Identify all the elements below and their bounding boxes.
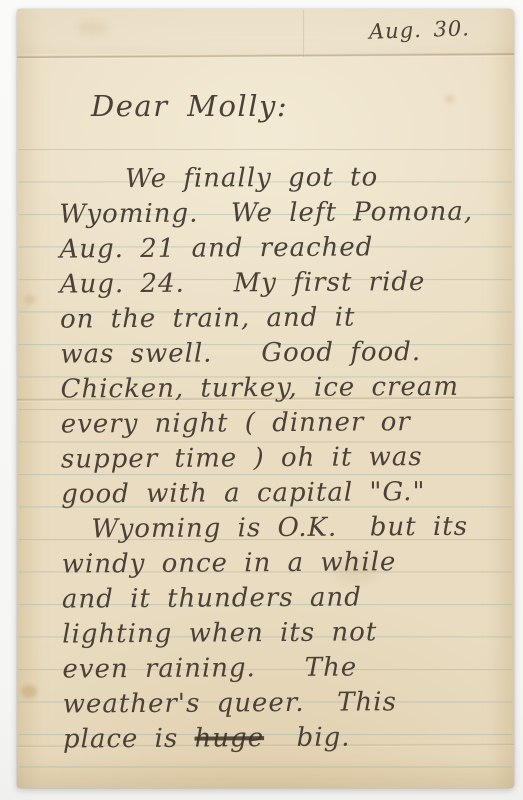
letter-salutation: Dear Molly: (91, 89, 288, 123)
letter-paper: Aug. 30. Dear Molly: We finally got to W… (17, 9, 514, 788)
letter-text-segment: place is (63, 724, 195, 755)
letter-body: We finally got to Wyoming. We left Pomon… (59, 159, 510, 757)
letter-line: Chicken, turkey, ice cream (60, 369, 507, 407)
letter-line: and it thunders and (62, 579, 509, 617)
letter-line-with-strikethrough: place is huge big. (63, 719, 510, 757)
letter-line: lighting when its not (62, 614, 509, 652)
letter-line: Aug. 24. My first ride (60, 264, 507, 302)
letter-text-segment: big. (264, 723, 351, 754)
letter-line: Aug. 21 and reached (59, 229, 506, 267)
letter-line: We finally got to (59, 159, 506, 197)
letter-line: even raining. The (62, 649, 509, 687)
letter-line: on the train, and it (60, 299, 507, 337)
scan-background: Aug. 30. Dear Molly: We finally got to W… (0, 0, 523, 800)
letter-line: was swell. Good food. (60, 334, 507, 372)
letter-line: Wyoming is O.K. but its (61, 509, 508, 547)
letter-line: supper time ) oh it was (61, 439, 508, 477)
fold-crease-vertical (303, 10, 305, 57)
letter-date: Aug. 30. (369, 16, 471, 44)
letter-line: weather's queer. This (63, 684, 510, 722)
letter-line: good with a capital "G." (61, 474, 508, 512)
letter-line: every night ( dinner or (61, 404, 508, 442)
letter-line: windy once in a while (62, 544, 509, 582)
crossed-out-word: huge (194, 723, 264, 753)
letter-line: Wyoming. We left Pomona, (59, 194, 506, 232)
paper-stain (445, 95, 454, 103)
